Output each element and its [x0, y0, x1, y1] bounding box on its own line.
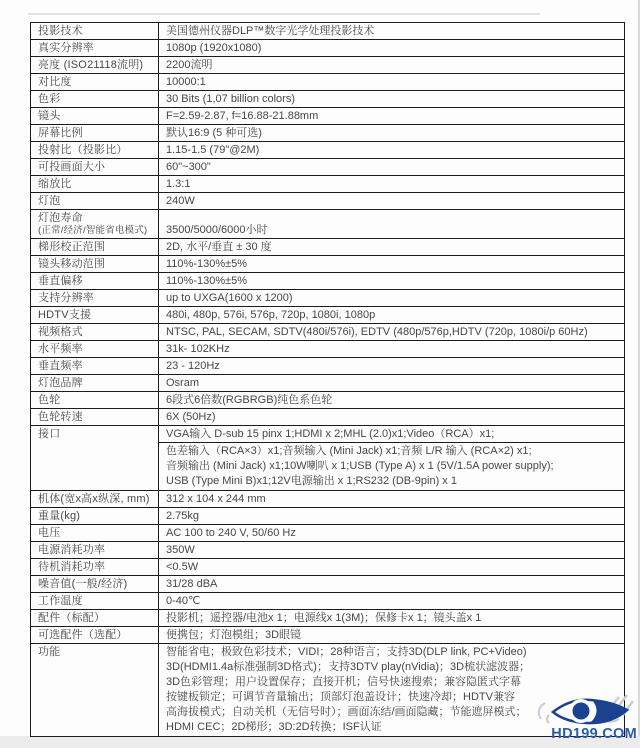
- spec-value: F=2.59-2.87, f=16.88-21.88mm: [159, 108, 625, 125]
- spec-value: 350W: [159, 542, 625, 559]
- spec-label: 工作温度: [31, 593, 159, 610]
- spec-value: Osram: [159, 375, 625, 392]
- table-row: 屏幕比例默认16:9 (5 种可选): [31, 125, 625, 142]
- spec-value: up to UXGA(1600 x 1200): [159, 290, 625, 307]
- table-row: 亮度 (ISO21118流明)2200流明: [31, 57, 625, 74]
- spec-label: 待机消耗功率: [31, 559, 159, 576]
- spec-label: 真实分辨率: [31, 40, 159, 57]
- table-row: HDTV支援480i, 480p, 576i, 576p, 720p, 1080…: [31, 307, 625, 324]
- spec-value-line: USB (Type Mini B)x1;12V电源输出 x 1;RS232 (D…: [166, 474, 620, 489]
- spec-label: 重量(kg): [31, 508, 159, 525]
- spec-value: 1.15-1.5 (79"@2M): [159, 142, 625, 159]
- spec-value: 312 x 104 x 244 mm: [159, 491, 625, 508]
- spec-label: 电源消耗功率: [31, 542, 159, 559]
- spec-value: 2D, 水平/垂直 ± 30 度: [159, 239, 625, 256]
- spec-table: 投影技术美国德州仪器DLP™数字光学处理投影技术真实分辨率1080p (1920…: [30, 22, 625, 737]
- spec-value: 2.75kg: [159, 508, 625, 525]
- spec-value: 480i, 480p, 576i, 576p, 720p, 1080i, 108…: [159, 307, 625, 324]
- spec-value: <0.5W: [159, 559, 625, 576]
- spec-value: VGA输入 D-sub 15 pinx 1;HDMI x 2;MHL (2.0)…: [159, 426, 625, 443]
- spec-label: 色轮转速: [31, 409, 159, 426]
- spec-value: 31/28 dBA: [159, 576, 625, 593]
- table-row: 待机消耗功率<0.5W: [31, 559, 625, 576]
- spec-table-body: 投影技术美国德州仪器DLP™数字光学处理投影技术真实分辨率1080p (1920…: [31, 23, 625, 737]
- spec-value: 6X (50Hz): [159, 409, 625, 426]
- table-row: 可选配件（选配）便携包；灯泡模组；3D眼镜: [31, 627, 625, 644]
- spec-label: 噪音值(一般/经济): [31, 576, 159, 593]
- spec-value: 1.3:1: [159, 176, 625, 193]
- spec-label: 梯形校正范围: [31, 239, 159, 256]
- spec-value: 便携包；灯泡模组；3D眼镜: [159, 627, 625, 644]
- spec-label: 亮度 (ISO21118流明): [31, 57, 159, 74]
- spec-value: 23 - 120Hz: [159, 358, 625, 375]
- spec-label: 屏幕比例: [31, 125, 159, 142]
- spec-value: 110%-130%±5%: [159, 256, 625, 273]
- spec-label: 接口: [31, 426, 159, 491]
- spec-value: 美国德州仪器DLP™数字光学处理投影技术: [159, 23, 625, 40]
- table-row: 支持分辨率up to UXGA(1600 x 1200): [31, 290, 625, 307]
- spec-label: 垂直频率: [31, 358, 159, 375]
- table-row: 镜头F=2.59-2.87, f=16.88-21.88mm: [31, 108, 625, 125]
- spec-label: 可选配件（选配）: [31, 627, 159, 644]
- table-row: 梯形校正范围2D, 水平/垂直 ± 30 度: [31, 239, 625, 256]
- page-top-edge: [28, 13, 540, 15]
- spec-label: 机体(宽x高x纵深, mm): [31, 491, 159, 508]
- spec-value: 10000:1: [159, 74, 625, 91]
- table-row: 视频格式NTSC, PAL, SECAM, SDTV(480i/576i), E…: [31, 324, 625, 341]
- spec-label: 水平频率: [31, 341, 159, 358]
- table-row: 真实分辨率1080p (1920x1080): [31, 40, 625, 57]
- table-row: 色轮转速6X (50Hz): [31, 409, 625, 426]
- spec-label: 垂直偏移: [31, 273, 159, 290]
- spec-label: 灯泡: [31, 193, 159, 210]
- table-row: 灯泡寿命(正常/经济/智能省电模式)3500/5000/6000小时: [31, 210, 625, 239]
- spec-value: 60"~300": [159, 159, 625, 176]
- spec-value-line: 色差输入（RCA×3）x1;音频输入 (Mini Jack) x1;音频 L/R…: [166, 444, 620, 459]
- spec-label: 色轮: [31, 392, 159, 409]
- table-row: 垂直偏移110%-130%±5%: [31, 273, 625, 290]
- spec-label: 色彩: [31, 91, 159, 108]
- table-row: 缩放比1.3:1: [31, 176, 625, 193]
- spec-value: 6段式6倍数(RGBRGB)纯色系色轮: [159, 392, 625, 409]
- spec-value-line: 智能省电；极致色彩技术；VIDI；28种语言；支持3D(DLP link, PC…: [166, 645, 620, 660]
- spec-label: 灯泡品牌: [31, 375, 159, 392]
- table-row: 对比度10000:1: [31, 74, 625, 91]
- table-row: 垂直频率23 - 120Hz: [31, 358, 625, 375]
- spec-label: HDTV支援: [31, 307, 159, 324]
- table-row: 色彩30 Bits (1,07 billion colors): [31, 91, 625, 108]
- spec-value: 110%-130%±5%: [159, 273, 625, 290]
- spec-value-line: 音频输出 (Mini Jack) x1;10W喇叭 x 1;USB (Type …: [166, 459, 620, 474]
- table-row: 重量(kg)2.75kg: [31, 508, 625, 525]
- spec-label: 配件（标配）: [31, 610, 159, 627]
- spec-value: 2200流明: [159, 57, 625, 74]
- spec-value: 色差输入（RCA×3）x1;音频输入 (Mini Jack) x1;音频 L/R…: [159, 443, 625, 491]
- table-row: 灯泡品牌Osram: [31, 375, 625, 392]
- spec-label: 镜头: [31, 108, 159, 125]
- table-row: 电源消耗功率350W: [31, 542, 625, 559]
- spec-label: 支持分辨率: [31, 290, 159, 307]
- table-row: 工作温度0-40℃: [31, 593, 625, 610]
- spec-label: 投影技术: [31, 23, 159, 40]
- table-row: 投影技术美国德州仪器DLP™数字光学处理投影技术: [31, 23, 625, 40]
- spec-value: 240W: [159, 193, 625, 210]
- table-row: 水平频率31k- 102KHz: [31, 341, 625, 358]
- table-row: 灯泡240W: [31, 193, 625, 210]
- spec-value-line: 3D色彩管理；用户设置保存；直接开机；信号快速搜索；兼容隐匿式字幕: [166, 675, 620, 690]
- spec-value: 投影机；遥控器/电池x 1；电源线x 1(3M)；保修卡x 1；镜头盖x 1: [159, 610, 625, 627]
- spec-label: 可投画面大小: [31, 159, 159, 176]
- spec-value: 默认16:9 (5 种可选): [159, 125, 625, 142]
- table-row: 色轮6段式6倍数(RGBRGB)纯色系色轮: [31, 392, 625, 409]
- table-row: 电压AC 100 to 240 V, 50/60 Hz: [31, 525, 625, 542]
- spec-label: 缩放比: [31, 176, 159, 193]
- watermark-text: HD199.COM: [527, 727, 639, 742]
- spec-value: AC 100 to 240 V, 50/60 Hz: [159, 525, 625, 542]
- table-row: 机体(宽x高x纵深, mm)312 x 104 x 244 mm: [31, 491, 625, 508]
- spec-sublabel: (正常/经济/智能省电模式): [38, 225, 154, 237]
- spec-label: 功能: [31, 644, 159, 737]
- spec-label: 投射比（投影比）: [31, 142, 159, 159]
- spec-value: 30 Bits (1,07 billion colors): [159, 91, 625, 108]
- spec-value: 31k- 102KHz: [159, 341, 625, 358]
- spec-label: 灯泡寿命(正常/经济/智能省电模式): [31, 210, 159, 239]
- spec-value-line: 3D(HDMI1.4a标准强制3D格式)；支持3DTV play(nVidia)…: [166, 660, 620, 675]
- table-row: 可投画面大小60"~300": [31, 159, 625, 176]
- table-row: 镜头移动范围110%-130%±5%: [31, 256, 625, 273]
- spec-value: 3500/5000/6000小时: [159, 210, 625, 239]
- spec-value: 0-40℃: [159, 593, 625, 610]
- table-row: 噪音值(一般/经济)31/28 dBA: [31, 576, 625, 593]
- spec-value: NTSC, PAL, SECAM, SDTV(480i/576i), EDTV …: [159, 324, 625, 341]
- table-row: 投射比（投影比）1.15-1.5 (79"@2M): [31, 142, 625, 159]
- watermark: HD199.COM: [527, 693, 639, 747]
- spec-label: 视频格式: [31, 324, 159, 341]
- table-row: 配件（标配）投影机；遥控器/电池x 1；电源线x 1(3M)；保修卡x 1；镜头…: [31, 610, 625, 627]
- spec-label: 电压: [31, 525, 159, 542]
- spec-value: 1080p (1920x1080): [159, 40, 625, 57]
- table-row: 接口VGA输入 D-sub 15 pinx 1;HDMI x 2;MHL (2.…: [31, 426, 625, 443]
- spec-label: 镜头移动范围: [31, 256, 159, 273]
- spec-label: 对比度: [31, 74, 159, 91]
